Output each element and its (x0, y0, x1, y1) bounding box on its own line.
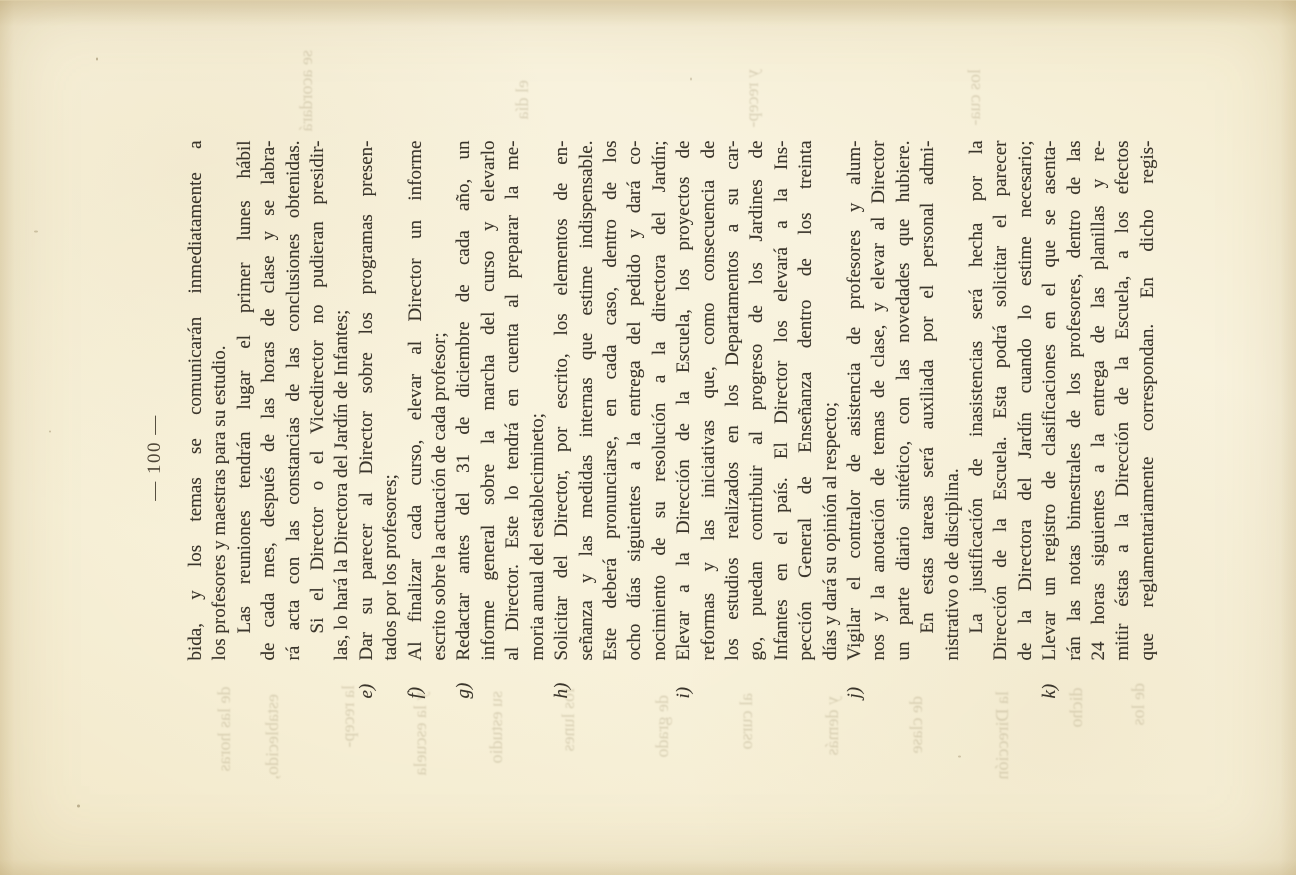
ghost-text: de los (1128, 683, 1149, 726)
line-text: La justificación de inasistencias será h… (966, 140, 987, 633)
text-line: g)Redactar antes del 31 de diciembre de … (452, 140, 476, 660)
line-text: 24 horas siguientes a la entrega de las … (1088, 140, 1109, 660)
ghost-text: se acordará (296, 50, 317, 131)
text-line: al Director. Este lo tendrá en cuenta al… (501, 140, 525, 660)
line-text: nos y la anotación de temas de clase, y … (868, 140, 889, 660)
paper-speck (96, 57, 98, 60)
line-text: Dar su parecer al Director sobre los pro… (356, 140, 377, 660)
ghost-text: de las horas (214, 686, 235, 771)
line-text: Dirección de la Escuela. Esta podrá soli… (990, 140, 1011, 660)
item-label: i) (672, 686, 696, 698)
text-line: de la Directora del Jardín cuando lo est… (1014, 140, 1038, 660)
ghost-text: y demás (822, 696, 843, 755)
text-line: días y dará su opinión al respecto; (819, 140, 843, 660)
text-line: Dirección de la Escuela. Esta podrá soli… (989, 140, 1013, 660)
text-line: informe general sobre la marcha del curs… (477, 140, 501, 660)
text-line: i)Elevar a la Dirección de la Escuela, l… (672, 140, 696, 660)
line-text: las, lo hará la Directora del Jardín de … (331, 309, 352, 660)
line-text: mitir éstas a la Dirección de la Escuela… (1112, 140, 1133, 660)
line-text: Solicitar del Director, por escrito, los… (551, 140, 572, 660)
line-text: tados por los profesores; (380, 474, 401, 660)
paper-speck (958, 755, 961, 757)
text-line: La justificación de inasistencias será h… (965, 140, 989, 660)
line-text: rá acta con las constancias de las concl… (283, 140, 304, 660)
text-line: ocho días siguientes a la entrega del pe… (623, 140, 647, 660)
line-text: los estudios realizados en los Departame… (722, 140, 743, 660)
line-text: Si el Director o el Vicedirector no pudi… (307, 140, 328, 633)
line-text: Vigilar el contralor de asistencia de pr… (844, 140, 865, 660)
text-line: tados por los profesores; (379, 140, 403, 660)
ghost-text: establecido, (262, 694, 283, 779)
line-text: al Director. Este lo tendrá en cuenta al… (502, 140, 523, 660)
line-text: moria anual del establecimineto; (527, 413, 548, 660)
line-text: Llevar un registro de clasificaciones en… (1039, 140, 1060, 660)
line-text: un parte diario sintético, con las noved… (893, 140, 914, 660)
text-line: j)Vigilar el contralor de asistencia de … (843, 140, 867, 660)
text-line: h)Solicitar del Director, por escrito, l… (550, 140, 574, 660)
ghost-text: dicho (1066, 687, 1087, 727)
line-text: Elevar a la Dirección de la Escuela, los… (673, 140, 694, 660)
text-line: que reglamentariamente correspondan. En … (1136, 140, 1160, 660)
line-text: pección General de Enseñanza dentro de l… (795, 140, 816, 660)
ghost-text: la Dirección (992, 691, 1013, 779)
text-line: f)Al finalizar cada curso, elevar al Dir… (404, 140, 428, 660)
text-line: pección General de Enseñanza dentro de l… (794, 140, 818, 660)
ghost-text: los cua- (964, 69, 985, 125)
text-line: 24 horas siguientes a la entrega de las … (1087, 140, 1111, 660)
text-line: Infantes en el país. El Director los ele… (770, 140, 794, 660)
line-text: nistrativo o de disciplina. (942, 468, 963, 660)
page-number: — 100 — (144, 391, 166, 523)
item-label: e) (355, 683, 379, 698)
item-label: f) (404, 686, 428, 698)
text-line: señanza y las medidas internas que estim… (575, 140, 599, 660)
text-line: un parte diario sintético, con las noved… (892, 140, 916, 660)
ghost-text: y recep- (742, 69, 763, 127)
text-line: En estas tareas será auxiliada por el pe… (916, 140, 940, 660)
line-text: nocimiento de su resolución a la directo… (649, 140, 670, 660)
text-line: de cada mes, después de las horas de cla… (257, 140, 281, 660)
line-text: señanza y las medidas internas que estim… (576, 140, 597, 660)
ghost-text: y la escuela (410, 691, 431, 775)
line-text: Infantes en el país. El Director los ele… (771, 140, 792, 660)
item-label: j) (843, 686, 867, 698)
text-line: go, puedan contribuir al progreso de los… (745, 140, 769, 660)
ghost-text: de clase (906, 696, 927, 753)
paper-speck (34, 230, 38, 232)
ghost-text: al curso (736, 693, 757, 749)
ghost-text: el día (512, 80, 533, 119)
line-text: de la Directora del Jardín cuando lo est… (1015, 140, 1036, 660)
text-line: Las reuniones tendrán lugar el primer lu… (233, 140, 257, 660)
line-text: días y dará su opinión al respecto; (820, 401, 841, 660)
text-line: rá acta con las constancias de las concl… (282, 140, 306, 660)
line-text: escrito sobre la actuación de cada profe… (429, 332, 450, 660)
line-text: de cada mes, después de las horas de cla… (258, 140, 279, 660)
item-label: k) (1038, 683, 1062, 698)
paper-speck (690, 77, 692, 80)
line-text: Al finalizar cada curso, elevar al Direc… (405, 140, 426, 660)
text-line: las, lo hará la Directora del Jardín de … (330, 140, 354, 660)
text-block: bida, y los temas se comunicarán inmedia… (184, 140, 1160, 660)
paper-speck (77, 804, 80, 807)
text-line: Si el Director o el Vicedirector no pudi… (306, 140, 330, 660)
text-line: rán las notas bimestrales de los profeso… (1063, 140, 1087, 660)
text-line: bida, y los temas se comunicarán inmedia… (184, 140, 208, 660)
line-text: ocho días siguientes a la entrega del pe… (624, 140, 645, 660)
text-line: moria anual del establecimineto; (526, 140, 550, 660)
text-line: e)Dar su parecer al Director sobre los p… (355, 140, 379, 660)
ghost-text: su estudio (486, 690, 507, 763)
line-text: Las reuniones tendrán lugar el primer lu… (234, 140, 255, 633)
line-text: Redactar antes del 31 de diciembre de ca… (453, 140, 474, 660)
line-text: rán las notas bimestrales de los profeso… (1064, 140, 1085, 660)
paper-speck (49, 430, 51, 432)
scanned-book-page-scan: — 100 — de las horasestablecido,la recep… (0, 0, 1296, 875)
item-label: g) (452, 682, 476, 698)
text-line: nistrativo o de disciplina. (941, 140, 965, 660)
line-text: go, puedan contribuir al progreso de los… (746, 140, 767, 660)
item-label: h) (550, 682, 574, 698)
line-text: En estas tareas será auxiliada por el pe… (917, 140, 938, 633)
book-page: — 100 — de las horasestablecido,la recep… (0, 0, 1296, 875)
line-text: informe general sobre la marcha del curs… (478, 140, 499, 660)
line-text: bida, y los temas se comunicarán inmedia… (185, 140, 206, 660)
text-line: k)Llevar un registro de clasificaciones … (1038, 140, 1062, 660)
line-text: los profesores y maestras para su estudi… (209, 345, 230, 660)
text-line: reformas y las iniciativas que, como con… (697, 140, 721, 660)
line-text: que reglamentariamente correspondan. En … (1137, 140, 1158, 660)
line-text: reformas y las iniciativas que, como con… (698, 140, 719, 660)
text-line: nos y la anotación de temas de clase, y … (867, 140, 891, 660)
text-line: los profesores y maestras para su estudi… (208, 140, 232, 660)
text-line: nocimiento de su resolución a la directo… (648, 140, 672, 660)
text-line: mitir éstas a la Dirección de la Escuela… (1111, 140, 1135, 660)
line-text: Este deberá pronunciarse, en cada caso, … (600, 140, 621, 660)
text-line: Este deberá pronunciarse, en cada caso, … (599, 140, 623, 660)
text-line: los estudios realizados en los Departame… (721, 140, 745, 660)
ghost-text: de grado (652, 695, 673, 757)
text-line: escrito sobre la actuación de cada profe… (428, 140, 452, 660)
